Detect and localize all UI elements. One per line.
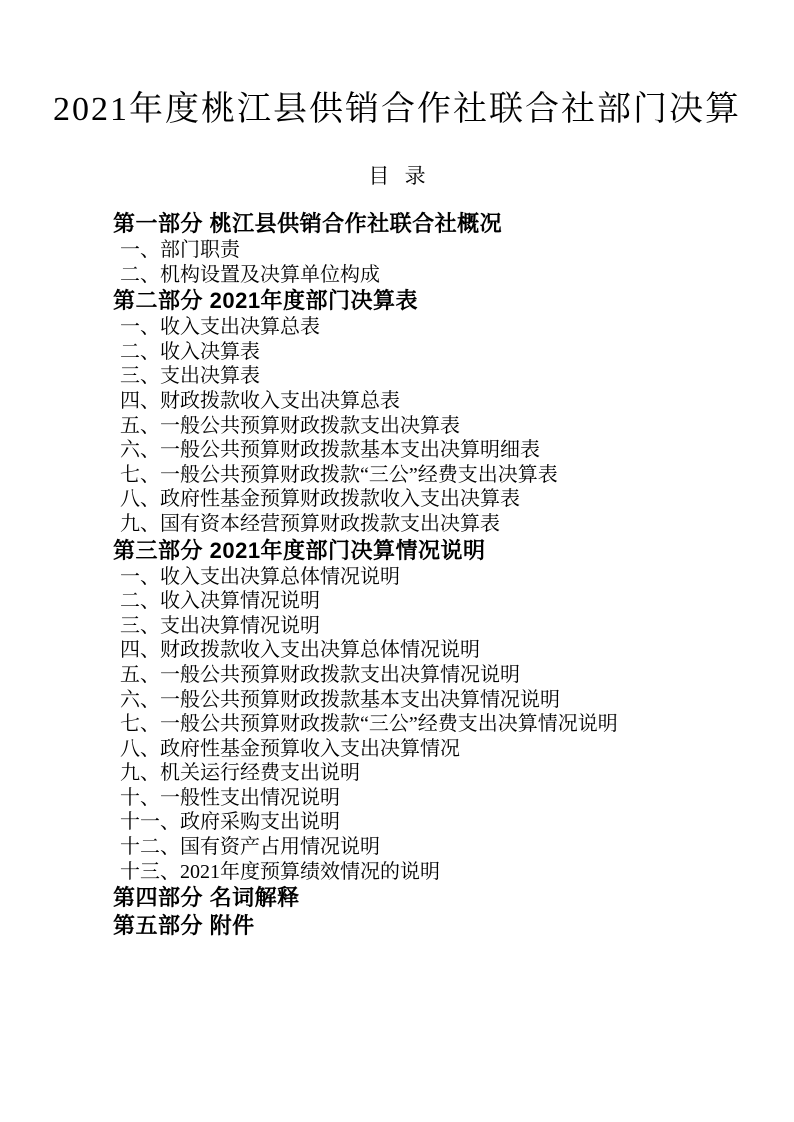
toc-item: 十二、国有资产占用情况说明	[113, 835, 764, 860]
toc-section-heading-2: 第二部分 2021年度部门决算表	[113, 287, 764, 315]
toc-title: 目 录	[0, 162, 794, 190]
toc-item: 十、一般性支出情况说明	[113, 786, 764, 811]
toc-item: 一、收入支出决算总体情况说明	[113, 565, 764, 590]
toc-item: 五、一般公共预算财政拨款支出决算表	[113, 414, 764, 439]
toc-section-heading-1: 第一部分 桃江县供销合作社联合社概况	[113, 210, 764, 238]
toc-item: 二、收入决算表	[113, 340, 764, 365]
toc-section-heading-5: 第五部分 附件	[113, 912, 764, 940]
toc-item: 六、一般公共预算财政拨款基本支出决算明细表	[113, 438, 764, 463]
document-page: 2021年度桃江县供销合作社联合社部门决算 目 录 第一部分 桃江县供销合作社联…	[0, 0, 794, 1122]
toc-item: 五、一般公共预算财政拨款支出决算情况说明	[113, 663, 764, 688]
toc-item: 七、一般公共预算财政拨款“三公”经费支出决算表	[113, 463, 764, 488]
toc-item: 一、收入支出决算总表	[113, 315, 764, 340]
toc-item: 十三、2021年度预算绩效情况的说明	[113, 860, 764, 885]
toc-section-heading-3: 第三部分 2021年度部门决算情况说明	[113, 537, 764, 565]
toc-item: 一、部门职责	[113, 238, 764, 263]
toc-item: 二、收入决算情况说明	[113, 589, 764, 614]
toc-item: 四、财政拨款收入支出决算总体情况说明	[113, 638, 764, 663]
document-title: 2021年度桃江县供销合作社联合社部门决算	[0, 0, 794, 132]
toc-item: 十一、政府采购支出说明	[113, 810, 764, 835]
toc-item: 九、机关运行经费支出说明	[113, 761, 764, 786]
toc-item: 二、机构设置及决算单位构成	[113, 263, 764, 288]
toc-item: 六、一般公共预算财政拨款基本支出决算情况说明	[113, 688, 764, 713]
toc-item: 九、国有资本经营预算财政拨款支出决算表	[113, 512, 764, 537]
toc-section-heading-4: 第四部分 名词解释	[113, 884, 764, 912]
table-of-contents: 第一部分 桃江县供销合作社联合社概况一、部门职责二、机构设置及决算单位构成第二部…	[113, 210, 764, 940]
toc-item: 七、一般公共预算财政拨款“三公”经费支出决算情况说明	[113, 712, 764, 737]
toc-item: 八、政府性基金预算收入支出决算情况	[113, 737, 764, 762]
toc-item: 八、政府性基金预算财政拨款收入支出决算表	[113, 487, 764, 512]
toc-item: 四、财政拨款收入支出决算总表	[113, 389, 764, 414]
toc-item: 三、支出决算情况说明	[113, 614, 764, 639]
toc-item: 三、支出决算表	[113, 364, 764, 389]
